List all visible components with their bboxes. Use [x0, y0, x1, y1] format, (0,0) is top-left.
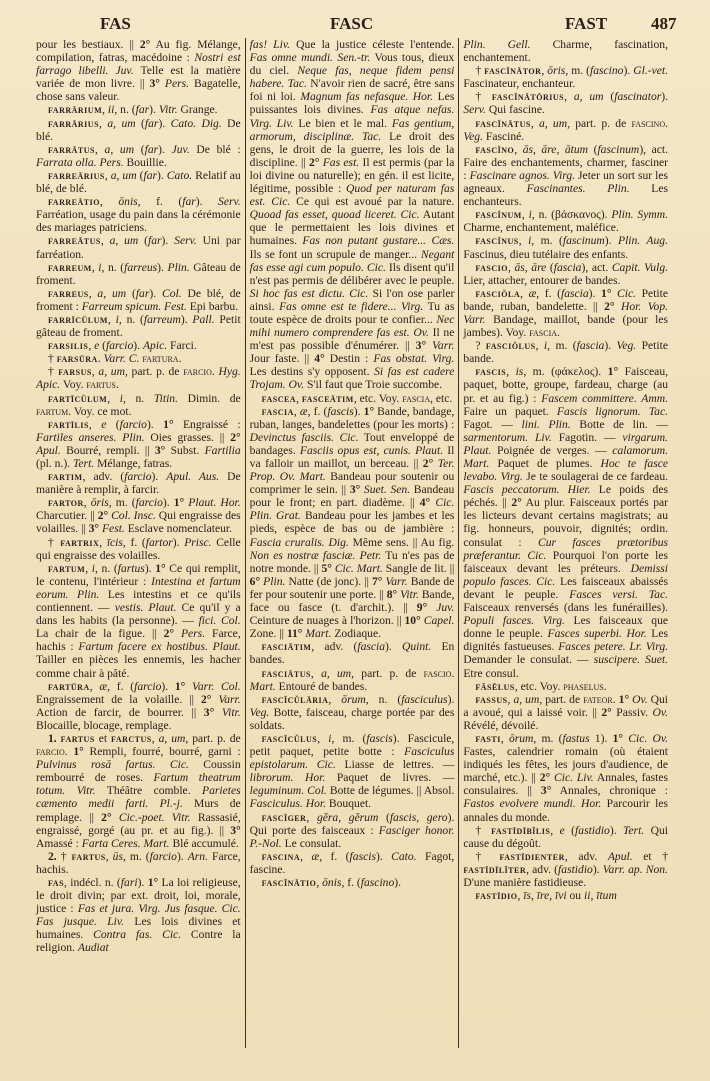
dictionary-entry: fascis, is, m. (φάκελος). 1° Faisceau, p…	[463, 365, 668, 679]
dictionary-entry: † farsūra. Varr. C. fartura.	[36, 352, 241, 365]
dictionary-entry: fartīcŭlum, i, n. Titin. Dimin. de fartu…	[36, 392, 241, 418]
dictionary-entry: farrātus, a, um (far). Juv. De blé : Far…	[36, 143, 241, 169]
dictionary-entry: 1. fartus et farctus, a, um, part. p. de…	[36, 732, 241, 850]
dictionary-entry: fascĭcŭlus, i, m. (fascis). Fascicule, p…	[250, 732, 455, 811]
dictionary-entry: † fastīdienter, adv. Apul. et † fastīdīl…	[463, 850, 668, 889]
dictionary-entry: ? fasciŏlus, i, m. (fascia). Veg. Petite…	[463, 339, 668, 365]
dictionary-entry: fascĭger, gĕra, gĕrum (fascis, gero). Qu…	[250, 811, 455, 850]
entry-continuation: pour les bestiaux. || 2° Au fig. Mélange…	[36, 38, 241, 103]
dictionary-entry: fascia, æ, f. (fascis). 1° Bande, bandag…	[250, 405, 455, 641]
dictionary-entry: † fastīdībĭlis, e (fastidio). Tert. Qui …	[463, 824, 668, 850]
dictionary-entry: fartūra, æ, f. (farcio). 1° Varr. Col. E…	[36, 680, 241, 732]
dictionary-entry: fascio, ās, āre (fascia), act. Capit. Vu…	[463, 261, 668, 287]
page-number: 487	[651, 14, 677, 34]
dictionary-entry: fascĭno, ās, āre, ātum (fascinum), act. …	[463, 143, 668, 208]
running-head-left: FAS	[100, 14, 131, 34]
dictionary-page: FAS FASC FAST 487 pour les bestiaux. || …	[0, 0, 710, 1081]
dictionary-entry: fascĭnātio, ōnis, f. (fascino).	[250, 876, 455, 889]
dictionary-entry: fasciātus, a, um, part. p. de fascio. Ma…	[250, 667, 455, 693]
dictionary-entry: farreum, i, n. (farreus). Plin. Gâteau d…	[36, 261, 241, 287]
dictionary-entry: fascĭnus, i, m. (fascinum). Plin. Aug. F…	[463, 234, 668, 260]
column-right: Plin. Gell. Charme, fascination, enchant…	[458, 38, 672, 1048]
dictionary-entry: † fartrix, īcis, f. (fartor). Prisc. Cel…	[36, 536, 241, 562]
dictionary-entry: farreus, a, um (far). Col. De blé, de fr…	[36, 287, 241, 313]
dictionary-entry: fartum, i, n. (fartus). 1° Ce qui rempli…	[36, 562, 241, 680]
dictionary-entry: farreātus, a, um (far). Serv. Uni par fa…	[36, 234, 241, 260]
dictionary-entry: † fascĭnātōrius, a, um (fascinator). Ser…	[463, 90, 668, 116]
dictionary-entry: farrīcŭlum, i, n. (farreum). Pall. Petit…	[36, 313, 241, 339]
dictionary-entry: fartor, ōris, m. (farcio). 1° Plaut. Hor…	[36, 496, 241, 535]
dictionary-entry: farreātio, ōnis, f. (far). Serv. Farréat…	[36, 195, 241, 234]
dictionary-entry: fascĭnātus, a, um, part. p. de fascino. …	[463, 117, 668, 143]
dictionary-entry: fasciŏla, æ, f. (fascia). 1° Cic. Petite…	[463, 287, 668, 339]
entry-continuation: fas! Liv. Que la justice céleste l'enten…	[250, 38, 455, 392]
dictionary-entry: fartim, adv. (farcio). Apul. Aus. De man…	[36, 470, 241, 496]
dictionary-entry: fasciātim, adv. (fascia). Quint. En band…	[250, 640, 455, 666]
dictionary-entry: fartīlis, e (farcio). 1° Engraissé : Far…	[36, 418, 241, 470]
dictionary-entry: făsēlus, etc. Voy. phaselus.	[463, 680, 668, 693]
running-head-middle: FASC	[330, 14, 373, 34]
dictionary-entry: fassus, a, um, part. de fateor. 1° Ov. Q…	[463, 693, 668, 732]
dictionary-entry: fascea, fasceātim, etc. Voy. fascia, etc…	[250, 392, 455, 405]
dictionary-entry: farrārius, a, um (far). Cato. Dig. De bl…	[36, 117, 241, 143]
dictionary-entry: farrārium, ii, n. (far). Vitr. Grange.	[36, 103, 241, 116]
dictionary-entry: fascĭnum, i, n. (βάσκανος). Plin. Symm. …	[463, 208, 668, 234]
dictionary-entry: fastīdio, īs, īre, īvi ou ii, ītum	[463, 889, 668, 902]
dictionary-entry: fascĭcŭlāria, ōrum, n. (fasciculus). Veg…	[250, 693, 455, 732]
dictionary-entry: fas, indécl. n. (fari). 1° La loi religi…	[36, 876, 241, 955]
column-left: pour les bestiaux. || 2° Au fig. Mélange…	[32, 38, 245, 1048]
dictionary-entry: † fascĭnātor, ōris, m. (fascino). Gl.-ve…	[463, 64, 668, 90]
dictionary-entry: fasti, ōrum, m. (fastus 1). 1° Cic. Ov. …	[463, 732, 668, 824]
dictionary-entry: fascina, æ, f. (fascis). Cato. Fagot, fa…	[250, 850, 455, 876]
dictionary-entry: farsilis, e (farcio). Apic. Farci.	[36, 339, 241, 352]
dictionary-entry: 2. † fartus, ūs, m. (farcio). Arn. Farce…	[36, 850, 241, 876]
text-columns: pour les bestiaux. || 2° Au fig. Mélange…	[32, 38, 672, 1048]
running-head: FAS FASC FAST 487	[0, 14, 710, 36]
column-middle: fas! Liv. Que la justice céleste l'enten…	[245, 38, 459, 1048]
dictionary-entry: † farsus, a, um, part. p. de farcio. Hyg…	[36, 365, 241, 391]
entry-continuation: Plin. Gell. Charme, fascination, enchant…	[463, 38, 668, 64]
running-head-right: FAST	[565, 14, 607, 34]
dictionary-entry: farreārius, a, um (far). Cato. Relatif a…	[36, 169, 241, 195]
